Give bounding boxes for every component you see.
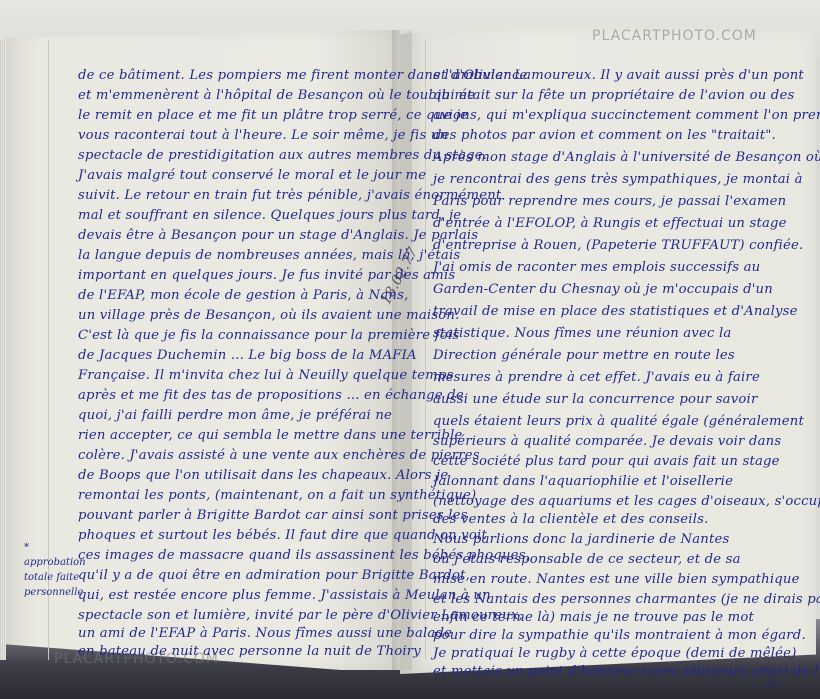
margin-note: * approbation totale faite personnelle — [24, 540, 84, 600]
text-line: mal et souffrant en silence. Quelques jo… — [78, 208, 461, 223]
text-line: Jalonnant dans l'aquariophilie et l'oise… — [433, 474, 733, 489]
text-line: et d'Olivier Lamoureux. Il y avait aussi… — [433, 68, 804, 83]
text-line: je rencontrai des gens très sympathiques… — [433, 172, 803, 187]
text-line: et m'emmenèrent à l'hôpital de Besançon … — [78, 88, 475, 103]
text-line: supérieurs à qualité comparée. Je devais… — [433, 434, 781, 449]
text-line: remontai les ponts, (maintenant, on a fa… — [78, 488, 476, 503]
text-line: J'ai omis de raconter mes emplois succes… — [433, 260, 760, 275]
text-line: des photos par avion et comment on les "… — [433, 128, 776, 143]
text-line: la langue depuis de nombreuses années, m… — [78, 248, 460, 263]
text-line: après et me fit des tas de propositions … — [78, 388, 464, 403]
text-line: d'entrée à l'EFOLOP, à Rungis et effectu… — [433, 216, 787, 231]
text-line: Garden-Center du Chesnay où je m'occupai… — [433, 282, 773, 297]
text-line: qui était sur la fête un propriétaire de… — [433, 88, 794, 103]
text-line: Direction générale pour mettre en route … — [433, 348, 735, 363]
text-line: rien accepter, ce qui sembla le mettre d… — [78, 428, 463, 443]
text-line: Je pratiquai le rugby à cette époque (de… — [433, 646, 797, 661]
text-line: mise en route. Nantes est une ville bien… — [433, 572, 800, 587]
text-line: Française. Il m'invita chez lui à Neuill… — [78, 368, 454, 383]
text-line: un village près de Besançon, où ils avai… — [78, 308, 460, 323]
text-line: d'entreprise à Rouen, (Papeterie TRUFFAU… — [433, 238, 803, 253]
text-line: quels étaient leurs prix à qualité égale… — [433, 414, 804, 429]
text-line: Nous parlions donc la jardinerie de Nant… — [433, 532, 729, 547]
text-line: aussi une étude sur la concurrence pour … — [433, 392, 757, 407]
page-stack-edge — [0, 40, 6, 660]
text-line: où j'étais responsable de ce secteur, et… — [433, 552, 741, 567]
continuation-mark: .. ./.. — [750, 676, 781, 691]
text-line: Après mon stage d'Anglais à l'université… — [433, 150, 820, 165]
text-line: le remit en place et me fit un plâtre tr… — [78, 108, 468, 123]
text-line: important en quelques jours. Je fus invi… — [78, 268, 455, 283]
text-line: statistique. Nous fîmes une réunion avec… — [433, 326, 731, 341]
text-line: Paris pour reprendre mes cours, je passa… — [433, 194, 786, 209]
text-line: spectacle de prestidigitation aux autres… — [78, 148, 487, 163]
text-line: (nettoyage des aquariums et les cages d'… — [433, 494, 820, 509]
text-line: enfin ce terme là) mais je ne trouve pas… — [433, 610, 754, 625]
text-line: vous raconterai tout à l'heure. Le soir … — [78, 128, 448, 143]
text-line: et les Nantais des personnes charmantes … — [433, 592, 820, 607]
text-line: qu'il y a de quoi être en admiration pou… — [78, 568, 470, 583]
text-line: de Boops que l'on utilisait dans les cha… — [78, 468, 448, 483]
text-line: de Jacques Duchemin ... Le big boss de l… — [78, 348, 417, 363]
text-line: J'avais malgré tout conservé le moral et… — [78, 168, 426, 183]
text-line: C'est là que je fis la connaissance pour… — [78, 328, 459, 343]
text-line: un ami de l'EFAP à Paris. Nous fîmes aus… — [78, 626, 452, 641]
text-line: des ventes à la clientèle et des conseil… — [433, 512, 708, 527]
text-line: pouvant parler à Brigitte Bardot car ain… — [78, 508, 468, 523]
text-line: qui, est restée encore plus femme. J'ass… — [78, 588, 491, 603]
text-line: de l'EFAP, mon école de gestion à Paris,… — [78, 288, 408, 303]
text-line: colère. J'avais assisté à une vente aux … — [78, 448, 480, 463]
text-line: quoi, j'ai failli perdre mon âme, je pré… — [78, 408, 392, 423]
text-line: pour dire la sympathie qu'ils montraient… — [433, 628, 806, 643]
text-line: avions, qui m'expliqua succinctement com… — [433, 108, 820, 123]
text-line: cette société plus tard pour qui avais f… — [433, 454, 780, 469]
text-line: devais être à Besançon pour un stage d'A… — [78, 228, 478, 243]
text-line: mesures à prendre à cet effet. J'avais e… — [433, 370, 760, 385]
text-line: en bateau de nuit avec personne la nuit … — [78, 644, 421, 659]
text-line: phoques et surtout les bébés. Il faut di… — [78, 528, 487, 543]
watermark-top: PLACARTPHOTO.COM — [592, 28, 757, 44]
text-line: travail de mise en place des statistique… — [433, 304, 798, 319]
